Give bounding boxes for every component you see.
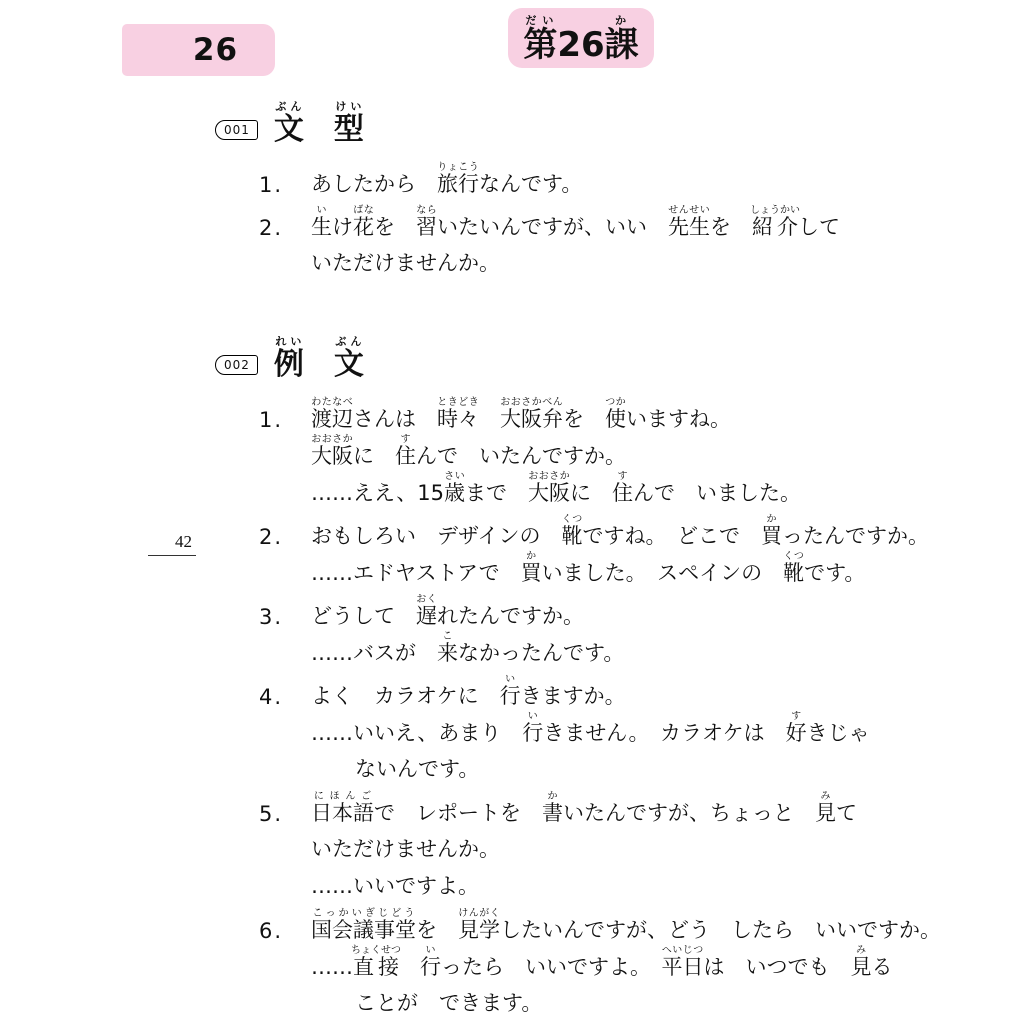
item-lines: 国会議事堂こっかいぎじどうを 見学けんがくしたいんですが、どう したら いいです… [311, 908, 955, 1019]
item-lines: あしたから 旅行りょこうなんです。 [311, 162, 955, 199]
text-segment: 26 [557, 25, 604, 65]
text-segment: あしたから [311, 172, 437, 196]
text-segment [399, 955, 420, 979]
ruby-segment: 歳さい [444, 481, 465, 505]
section-001: 001文ぶん 型けい1.あしたから 旅行りょこうなんです。2.生いけ花ばなを 習… [215, 100, 955, 279]
item-list: 1.渡辺わたなべさんは 時々ときどき 大阪弁おおさかべんを 使つかいますね。大阪… [215, 397, 955, 1019]
sentence-line: あしたから 旅行りょこうなんです。 [311, 162, 955, 199]
item-number: 2. [259, 514, 311, 588]
text-segment: んで いました。 [633, 481, 801, 505]
text-segment [304, 112, 334, 147]
text-segment: ったんですか。 [782, 524, 929, 548]
item-lines: 生いけ花ばなを 習ならいたいんですが、いい 先生せんせいを 紹介しょうかいしてい… [311, 205, 955, 279]
sentence-line: ……いいえ、あまり 行いきません。 カラオケは 好すきじゃ [311, 711, 955, 748]
sentence-line: おもしろい デザインの 靴くつですね。 どこで 買かったんですか。 [311, 514, 955, 551]
ruby-segment: 来こ [437, 641, 458, 665]
ruby-segment: 買か [761, 524, 782, 548]
ruby-segment: 花ばな [353, 215, 374, 239]
ruby-segment: 型けい [334, 112, 364, 147]
text-segment: いただけませんか。 [311, 837, 500, 861]
item-list: 1.あしたから 旅行りょこうなんです。2.生いけ花ばなを 習ならいたいんですが、… [215, 162, 955, 279]
example-item: 6.国会議事堂こっかいぎじどうを 見学けんがくしたいんですが、どう したら いい… [215, 908, 955, 1019]
text-segment: て [836, 801, 857, 825]
text-segment: け [332, 215, 353, 239]
item-number: 5. [259, 791, 311, 902]
ruby-segment: 買か [521, 561, 542, 585]
ruby-segment: 直接ちょくせつ [353, 955, 399, 979]
sentence-line: 渡辺わたなべさんは 時々ときどき 大阪弁おおさかべんを 使つかいますね。 [311, 397, 955, 434]
item-lines: 渡辺わたなべさんは 時々ときどき 大阪弁おおさかべんを 使つかいますね。大阪おお… [311, 397, 955, 508]
item-lines: おもしろい デザインの 靴くつですね。 どこで 買かったんですか。……エドヤスト… [311, 514, 955, 588]
text-segment: んで いたんですか。 [416, 444, 626, 468]
text-segment: で レポートを [374, 801, 542, 825]
text-segment: に [570, 481, 612, 505]
text-segment: ……ええ、15 [311, 481, 444, 505]
text-segment [479, 407, 500, 431]
audio-track-badge: 001 [215, 120, 258, 140]
sentence-line: いただけませんか。 [311, 828, 955, 865]
section-heading: 例れい 文ぶん [274, 335, 364, 381]
ruby-segment: 習なら [416, 215, 437, 239]
sentence-line: 国会議事堂こっかいぎじどうを 見学けんがくしたいんですが、どう したら いいです… [311, 908, 955, 945]
lesson-title-box: 第だい26課か [508, 8, 654, 68]
sentence-line: ……直接ちょくせつ 行いったら いいですよ。 平日へいじつは いつでも 見みる [311, 945, 955, 982]
ruby-segment: 遅おく [416, 604, 437, 628]
text-segment: ですね。 どこで [583, 524, 762, 548]
text-segment: いますね。 [626, 407, 731, 431]
ruby-segment: 行い [420, 955, 441, 979]
lesson-title: 第だい26課か [523, 14, 638, 62]
sentence-line: いただけませんか。 [311, 242, 955, 279]
text-segment: まで [465, 481, 528, 505]
ruby-segment: 平日へいじつ [662, 955, 704, 979]
example-item: 3.どうして 遅おくれたんですか。……バスが 来こなかったんです。 [215, 594, 955, 668]
ruby-segment: 文ぶん [274, 112, 304, 147]
ruby-segment: 大阪弁おおさかべん [500, 407, 563, 431]
text-segment: したいんですが、どう したら いいですか。 [500, 918, 941, 942]
sentence-line: ことが できます。 [311, 982, 955, 1019]
text-segment: して [798, 215, 840, 239]
text-segment: ったら いいですよ。 [441, 955, 662, 979]
sentence-line: 大阪おおさかに 住すんで いたんですか。 [311, 434, 955, 471]
sentence-line: ……バスが 来こなかったんです。 [311, 631, 955, 668]
ruby-segment: 見み [851, 955, 872, 979]
text-segment: …… [311, 955, 353, 979]
sentence-line: よく カラオケに 行いきますか。 [311, 674, 955, 711]
ruby-segment: 紹介しょうかい [752, 215, 798, 239]
ruby-segment: 好す [786, 721, 807, 745]
item-lines: よく カラオケに 行いきますか。……いいえ、あまり 行いきません。 カラオケは … [311, 674, 955, 785]
ruby-segment: 靴くつ [783, 561, 804, 585]
item-lines: どうして 遅おくれたんですか。……バスが 来こなかったんです。 [311, 594, 955, 668]
text-segment: いました。 スペインの [542, 561, 784, 585]
text-segment: る [872, 955, 893, 979]
sentence-line: ……エドヤストアで 買かいました。 スペインの 靴くつです。 [311, 551, 955, 588]
item-number: 6. [259, 908, 311, 1019]
sentence-line: ……いいですよ。 [311, 865, 955, 902]
item-number: 1. [259, 162, 311, 199]
text-segment: おもしろい デザインの [311, 524, 562, 548]
text-segment: いたんですが、ちょっと [563, 801, 815, 825]
ruby-segment: 国会議事堂こっかいぎじどう [311, 918, 416, 942]
ruby-segment: 大阪おおさか [528, 481, 570, 505]
ruby-segment: 渡辺わたなべ [311, 407, 353, 431]
sentence-line: 生いけ花ばなを 習ならいたいんですが、いい 先生せんせいを 紹介しょうかいして [311, 205, 955, 242]
example-item: 2.おもしろい デザインの 靴くつですね。 どこで 買かったんですか。……エドヤ… [215, 514, 955, 588]
ruby-segment: 使つか [605, 407, 626, 431]
text-segment: です。 [804, 561, 865, 585]
ruby-segment: 住す [612, 481, 633, 505]
ruby-segment: 靴くつ [562, 524, 583, 548]
ruby-segment: 第だい [523, 25, 557, 65]
ruby-segment: 日本語にほんご [311, 801, 374, 825]
text-segment: きません。 カラオケは [543, 721, 785, 745]
content-sections: 001文ぶん 型けい1.あしたから 旅行りょこうなんです。2.生いけ花ばなを 習… [215, 100, 955, 1019]
ruby-segment: 見学けんがく [458, 918, 500, 942]
text-segment: を [416, 918, 458, 942]
section-heading: 文ぶん 型けい [274, 100, 364, 146]
ruby-segment: 生い [311, 215, 332, 239]
item-lines: 日本語にほんごで レポートを 書かいたんですが、ちょっと 見みていただけませんか… [311, 791, 955, 902]
example-item: 4.よく カラオケに 行いきますか。……いいえ、あまり 行いきません。 カラオケ… [215, 674, 955, 785]
text-segment: なかったんです。 [458, 641, 624, 665]
text-segment: は いつでも [704, 955, 851, 979]
item-number: 3. [259, 594, 311, 668]
ruby-segment: 文ぶん [334, 347, 364, 382]
ruby-segment: 先生せんせい [668, 215, 710, 239]
text-segment: を [563, 407, 605, 431]
text-segment: どうして [311, 604, 416, 628]
ruby-segment: 時々ときどき [437, 407, 479, 431]
ruby-segment: 見み [815, 801, 836, 825]
audio-track-badge: 002 [215, 355, 258, 375]
text-segment: きじゃ [807, 721, 870, 745]
example-item: 1.あしたから 旅行りょこうなんです。 [215, 162, 955, 199]
text-segment: なんです。 [479, 172, 582, 196]
page-number: 42 [148, 532, 196, 556]
ruby-segment: 書か [542, 801, 563, 825]
ruby-segment: 行い [500, 684, 521, 708]
sentence-line: ……ええ、15歳さいまで 大阪おおさかに 住すんで いました。 [311, 471, 955, 508]
text-segment: いたいんですが、いい [437, 215, 668, 239]
text-segment [304, 347, 334, 382]
ruby-segment: 旅行りょこう [437, 172, 479, 196]
text-segment: ……いいえ、あまり [311, 721, 522, 745]
text-segment: ……エドヤストアで [311, 561, 521, 585]
text-segment: いただけませんか。 [311, 251, 500, 275]
text-segment: きますか。 [521, 684, 626, 708]
text-segment: ……いいですよ。 [311, 874, 479, 898]
ruby-segment: 住す [395, 444, 416, 468]
text-segment: ないんです。 [355, 757, 479, 781]
item-number: 4. [259, 674, 311, 785]
text-segment: ……バスが [311, 641, 437, 665]
example-item: 5.日本語にほんごで レポートを 書かいたんですが、ちょっと 見みていただけませ… [215, 791, 955, 902]
item-number: 1. [259, 397, 311, 508]
sentence-line: どうして 遅おくれたんですか。 [311, 594, 955, 631]
text-segment: れたんですか。 [437, 604, 584, 628]
text-segment: に [353, 444, 395, 468]
text-segment: を [374, 215, 416, 239]
section-002: 002例れい 文ぶん1.渡辺わたなべさんは 時々ときどき 大阪弁おおさかべんを … [215, 335, 955, 1019]
text-segment: さんは [353, 407, 437, 431]
section-header: 002例れい 文ぶん [215, 335, 955, 381]
ruby-segment: 大阪おおさか [311, 444, 353, 468]
ruby-segment: 課か [605, 25, 639, 65]
ruby-segment: 行い [522, 721, 543, 745]
sentence-line: 日本語にほんごで レポートを 書かいたんですが、ちょっと 見みて [311, 791, 955, 828]
text-segment: ことが できます。 [355, 991, 542, 1015]
example-item: 1.渡辺わたなべさんは 時々ときどき 大阪弁おおさかべんを 使つかいますね。大阪… [215, 397, 955, 508]
lesson-number-tab: 26 [122, 24, 275, 76]
text-segment: を [710, 215, 752, 239]
example-item: 2.生いけ花ばなを 習ならいたいんですが、いい 先生せんせいを 紹介しょうかいし… [215, 205, 955, 279]
sentence-line: ないんです。 [311, 748, 955, 785]
item-number: 2. [259, 205, 311, 279]
section-header: 001文ぶん 型けい [215, 100, 955, 146]
ruby-segment: 例れい [274, 347, 304, 382]
text-segment: よく カラオケに [311, 684, 500, 708]
